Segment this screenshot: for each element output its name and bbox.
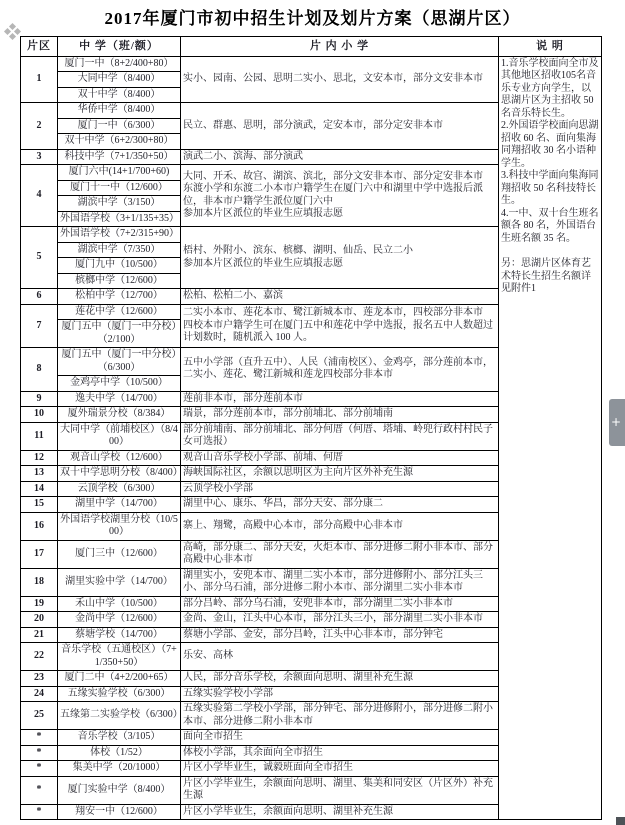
district-cell: 25: [21, 702, 58, 730]
district-cell: *: [21, 745, 58, 761]
primary-schools-line: 五中小学部（直升五中）、人民（浦南校区）、金鸡亭，部分莲前本市，二实小、莲花、鹭…: [183, 357, 496, 382]
district-cell: 11: [21, 422, 58, 450]
district-cell: 6: [21, 289, 58, 305]
school-cell: 厦门九中（10/500）: [58, 258, 181, 274]
col-header-primary: 片 内 小 学: [181, 37, 499, 57]
school-cell: 逸夫中学（14/700）: [58, 391, 181, 407]
primary-schools-cell: 片区小学毕业生，余额面向思明、湖里补充生源: [181, 804, 499, 820]
school-cell: 外国语学校（3+1/135+35）: [58, 211, 181, 227]
school-cell: 音乐学校（五通校区）（7+1/350+50）: [58, 643, 181, 671]
col-header-school: 中 学（班/额）: [58, 37, 181, 57]
primary-schools-cell: 演武二小、滨海、部分演武: [181, 149, 499, 165]
header-row: 片区 中 学（班/额） 片 内 小 学 说 明: [21, 37, 602, 57]
district-cell: 21: [21, 627, 58, 643]
primary-schools-cell: 片区小学毕业生，余额面向思明、湖里、集美和同安区（片区外）补充生源: [181, 776, 499, 804]
school-cell: 金鸡亭中学（10/500）: [58, 376, 181, 392]
district-cell: *: [21, 776, 58, 804]
primary-schools-line: 演武二小、滨海、部分演武: [183, 151, 496, 164]
primary-schools-cell: 观音山音乐学校小学部、前埔、何厝: [181, 450, 499, 466]
primary-schools-line: 海峡国际社区，余额以思明区为主向片区外补充生源: [183, 467, 496, 480]
primary-schools-line: 体校小学部，其余面向全市招生: [183, 747, 496, 760]
primary-schools-cell: 民立、群惠、思明，部分演武，定安本市，部分定安非本市: [181, 103, 499, 150]
district-cell: 10: [21, 407, 58, 423]
primary-schools-cell: 片区小学毕业生，诚毅班面向全市招生: [181, 761, 499, 777]
school-cell: 莲花中学（12/600）: [58, 304, 181, 320]
primary-schools-line: 实小、园南、公园、思明二实小、思北，文安本市，部分文安非本市: [183, 73, 496, 86]
district-cell: 12: [21, 450, 58, 466]
primary-schools-line: 片区小学毕业生，余额面向思明、湖里补充生源: [183, 806, 496, 819]
district-cell: 5: [21, 227, 58, 289]
primary-schools-line: 莲前非本市，部分莲前本市: [183, 393, 496, 406]
district-cell: 13: [21, 466, 58, 482]
primary-schools-line: 面向全市招生: [183, 731, 496, 744]
primary-schools-cell: 部分前埔南、部分前埔北、部分何厝（何厝、塔埔、岭兜行政村村民子女可选报）: [181, 422, 499, 450]
school-cell: 湖滨中学（3/150）: [58, 196, 181, 212]
primary-schools-cell: 寨上、翔鹭，高殿中心本市，部分高殿中心非本市: [181, 512, 499, 540]
school-cell: 槟榔中学（12/600）: [58, 273, 181, 289]
primary-schools-cell: 海峡国际社区，余额以思明区为主向片区外补充生源: [181, 466, 499, 482]
table-row: 1厦门一中（8+2/400+80）实小、园南、公园、思明二实小、思北，文安本市，…: [21, 56, 602, 72]
primary-schools-cell: 瑞景，部分莲前本市，部分前埔北、部分前埔南: [181, 407, 499, 423]
col-header-notes: 说 明: [499, 37, 602, 57]
district-cell: 8: [21, 348, 58, 392]
primary-schools-cell: 金尚、金山，江头中心本市，部分江头三小，部分湖里二实小非本市: [181, 612, 499, 628]
table-move-handle-icon[interactable]: [5, 24, 21, 40]
page-title: 2017年厦门市初中招生计划及划片方案（思湖片区）: [0, 0, 625, 29]
district-cell: *: [21, 804, 58, 820]
school-cell: 外国语学校湖里分校（10/500）: [58, 512, 181, 540]
primary-schools-line: 片区小学毕业生，余额面向思明、湖里、集美和同安区（片区外）补充生源: [183, 778, 496, 803]
primary-schools-cell: 湖里实小，安兜本市、湖里二实小本市，部分进修附小、部分江头三小、部分乌石浦，部分…: [181, 568, 499, 596]
primary-schools-line: 湖里中心、康乐、华昌，部分天安、部分康二: [183, 498, 496, 511]
note-line: 2.外国语学校面向思湖招收 60 名、面向集海同翔招收 30 名小语种学生。: [501, 120, 599, 170]
col-header-district: 片区: [21, 37, 58, 57]
district-cell: 19: [21, 596, 58, 612]
district-cell: 23: [21, 671, 58, 687]
school-cell: 外国语学校（7+2/315+90）: [58, 227, 181, 243]
note-line: 4.一中、双十台生班名额各 80 名，外国语台生班名额 35 名。: [501, 208, 599, 246]
school-cell: 湖里中学（14/700）: [58, 497, 181, 513]
school-cell: 金尚中学（12/600）: [58, 612, 181, 628]
primary-schools-line: 五缘实验第二学校小学部，部分钟宅、部分进修附小，部分进修二附小本市、部分进修二附…: [183, 703, 496, 728]
primary-schools-cell: 面向全市招生: [181, 730, 499, 746]
primary-schools-cell: 五中小学部（直升五中）、人民（浦南校区）、金鸡亭，部分莲前本市，二实小、莲花、鹭…: [181, 348, 499, 392]
primary-schools-cell: 蔡塘小学部、金安，部分吕岭，江头中心非本市，部分钟宅: [181, 627, 499, 643]
school-cell: 厦门一中（6/300）: [58, 118, 181, 134]
district-cell: 17: [21, 540, 58, 568]
district-cell: 15: [21, 497, 58, 513]
move-handle-diamond: [14, 28, 21, 35]
school-cell: 五缘第二实验学校（6/300）: [58, 702, 181, 730]
primary-schools-cell: 大同、开禾、故宫、湖滨、滨北，部分文安非本市、部分定安非本市 东渡小学和东渡二小…: [181, 165, 499, 227]
school-cell: 双十中学（6+2/300+80）: [58, 134, 181, 150]
school-cell: 翔安一中（12/600）: [58, 804, 181, 820]
table-body: 1厦门一中（8+2/400+80）实小、园南、公园、思明二实小、思北，文安本市，…: [21, 56, 602, 820]
school-cell: 云顶学校（6/300）: [58, 481, 181, 497]
primary-schools-cell: 实小、园南、公园、思明二实小、思北，文安本市，部分文安非本市: [181, 56, 499, 103]
school-cell: 禾山中学（10/500）: [58, 596, 181, 612]
notes-cell: 1.音乐学校面向全市及其他地区招收105名音乐专业方向学生，以思湖片区为主招收 …: [499, 56, 602, 820]
note-line: 另：思湖片区体育艺术特长生招生名额详见附件1: [501, 258, 599, 296]
primary-schools-line: 部分吕岭、部分乌石浦，安兜非本市，部分湖里二实小非本市: [183, 598, 496, 611]
district-cell: 18: [21, 568, 58, 596]
district-cell: *: [21, 761, 58, 777]
school-cell: 厦门十一中（12/600）: [58, 180, 181, 196]
district-cell: 2: [21, 103, 58, 150]
school-cell: 厦门二中（4+2/200+65）: [58, 671, 181, 687]
school-cell: 华侨中学（8/400）: [58, 103, 181, 119]
district-cell: 14: [21, 481, 58, 497]
school-cell: 音乐学校（3/105）: [58, 730, 181, 746]
district-cell: 20: [21, 612, 58, 628]
school-cell: 大同中学（前埔校区）（8/400）: [58, 422, 181, 450]
primary-schools-line: 人民，部分音乐学校，余额面向思明、湖里补充生源: [183, 672, 496, 685]
primary-schools-cell: 五缘实验第二学校小学部，部分钟宅、部分进修附小，部分进修二附小本市、部分进修二附…: [181, 702, 499, 730]
school-cell: 集美中学（20/1000）: [58, 761, 181, 777]
district-cell: 4: [21, 165, 58, 227]
school-cell: 科技中学（7+1/350+50）: [58, 149, 181, 165]
primary-schools-line: 乐安、高林: [183, 650, 496, 663]
school-cell: 观音山学校（12/600）: [58, 450, 181, 466]
primary-schools-line: 瑞景，部分莲前本市，部分前埔北、部分前埔南: [183, 408, 496, 421]
primary-schools-line: 观音山音乐学校小学部、前埔、何厝: [183, 452, 496, 465]
school-cell: 厦门一中（8+2/400+80）: [58, 56, 181, 72]
school-cell: 湖滨中学（7/350）: [58, 242, 181, 258]
primary-schools-cell: 云顶学校小学部: [181, 481, 499, 497]
school-cell: 五缘实验学校（6/300）: [58, 686, 181, 702]
note-line: 1.音乐学校面向全市及其他地区招收105名音乐专业方向学生，以思湖片区为主招收 …: [501, 58, 599, 121]
resize-corner-icon[interactable]: [616, 817, 625, 825]
primary-schools-cell: 人民，部分音乐学校，余额面向思明、湖里补充生源: [181, 671, 499, 687]
primary-schools-cell: 高崎，部分康二、部分天安，火炬本市、部分进修二附小非本市、部分高殿中心非本市: [181, 540, 499, 568]
school-cell: 厦门五中（厦门一中分校）（6/300）: [58, 348, 181, 376]
primary-schools-cell: 松柏、松柏二小、嘉滨: [181, 289, 499, 305]
school-cell: 松柏中学（12/700）: [58, 289, 181, 305]
school-cell: 双十中学思明分校（8/400）: [58, 466, 181, 482]
note-line: [501, 245, 599, 258]
primary-schools-cell: 部分吕岭、部分乌石浦，安兜非本市，部分湖里二实小非本市: [181, 596, 499, 612]
primary-schools-cell: 梧村、外附小、滨东、槟榔、湖明、仙岳、民立二小参加本片区派位的毕业生应填报志愿: [181, 227, 499, 289]
primary-schools-cell: 二实小本市、莲花本市、鹭江新城本市、莲龙本市，四校部分非本市 四校本市户籍学生可…: [181, 304, 499, 348]
primary-schools-cell: 五缘实验学校小学部: [181, 686, 499, 702]
primary-schools-line: 金尚、金山，江头中心本市，部分江头三小，部分湖里二实小非本市: [183, 613, 496, 626]
primary-schools-line: 参加本片区派位的毕业生应填报志愿: [183, 208, 496, 221]
school-cell: 体校（1/52）: [58, 745, 181, 761]
district-cell: 3: [21, 149, 58, 165]
primary-schools-line: 寨上、翔鹭，高殿中心本市，部分高殿中心非本市: [183, 520, 496, 533]
district-cell: 24: [21, 686, 58, 702]
primary-schools-line: 五缘实验学校小学部: [183, 688, 496, 701]
primary-schools-cell: 体校小学部，其余面向全市招生: [181, 745, 499, 761]
primary-schools-cell: 莲前非本市，部分莲前本市: [181, 391, 499, 407]
primary-schools-line: 片区小学毕业生，诚毅班面向全市招生: [183, 762, 496, 775]
plus-icon: +: [611, 415, 621, 429]
school-cell: 双十中学（8/400）: [58, 87, 181, 103]
district-cell: 7: [21, 304, 58, 348]
primary-schools-line: 梧村、外附小、滨东、槟榔、湖明、仙岳、民立二小: [183, 245, 496, 258]
move-handle-diamond: [9, 33, 16, 40]
district-cell: *: [21, 730, 58, 746]
primary-schools-line: 松柏、松柏二小、嘉滨: [183, 290, 496, 303]
district-cell: 9: [21, 391, 58, 407]
primary-schools-line: 民立、群惠、思明，部分演武，定安本市，部分定安非本市: [183, 120, 496, 133]
school-cell: 厦门实验中学（8/400）: [58, 776, 181, 804]
school-cell: 大同中学（8/400）: [58, 72, 181, 88]
primary-schools-line: 二实小本市、莲花本市、鹭江新城本市、莲龙本市，四校部分非本市 四校本市户籍学生可…: [183, 307, 496, 345]
school-cell: 厦门五中（厦门一中分校）（2/100）: [58, 320, 181, 348]
note-line: 3.科技中学面向集海同翔招收 50 名科技特长生。: [501, 170, 599, 208]
primary-schools-line: 蔡塘小学部、金安，部分吕岭，江头中心非本市，部分钟宅: [183, 629, 496, 642]
school-cell: 厦门三中（12/600）: [58, 540, 181, 568]
primary-schools-line: 高崎，部分康二、部分天安，火炬本市、部分进修二附小非本市、部分高殿中心非本市: [183, 542, 496, 567]
primary-schools-cell: 湖里中心、康乐、华昌，部分天安、部分康二: [181, 497, 499, 513]
scroll-plus-handle[interactable]: +: [609, 399, 625, 446]
primary-schools-line: 云顶学校小学部: [183, 483, 496, 496]
district-cell: 1: [21, 56, 58, 103]
school-cell: 厦门六中(14+1/700+60): [58, 165, 181, 181]
primary-schools-cell: 乐安、高林: [181, 643, 499, 671]
school-cell: 湖里实验中学（14/700）: [58, 568, 181, 596]
school-cell: 厦外瑞景分校（8/384）: [58, 407, 181, 423]
school-cell: 蔡塘学校（14/700）: [58, 627, 181, 643]
district-cell: 16: [21, 512, 58, 540]
district-cell: 22: [21, 643, 58, 671]
primary-schools-line: 参加本片区派位的毕业生应填报志愿: [183, 258, 496, 271]
primary-schools-line: 部分前埔南、部分前埔北、部分何厝（何厝、塔埔、岭兜行政村村民子女可选报）: [183, 424, 496, 449]
primary-schools-line: 大同、开禾、故宫、湖滨、滨北，部分文安非本市、部分定安非本市 东渡小学和东渡二小…: [183, 171, 496, 209]
primary-schools-line: 湖里实小，安兜本市、湖里二实小本市，部分进修附小、部分江头三小、部分乌石浦，部分…: [183, 570, 496, 595]
enrollment-table: 片区 中 学（班/额） 片 内 小 学 说 明 1厦门一中（8+2/400+80…: [20, 36, 602, 820]
